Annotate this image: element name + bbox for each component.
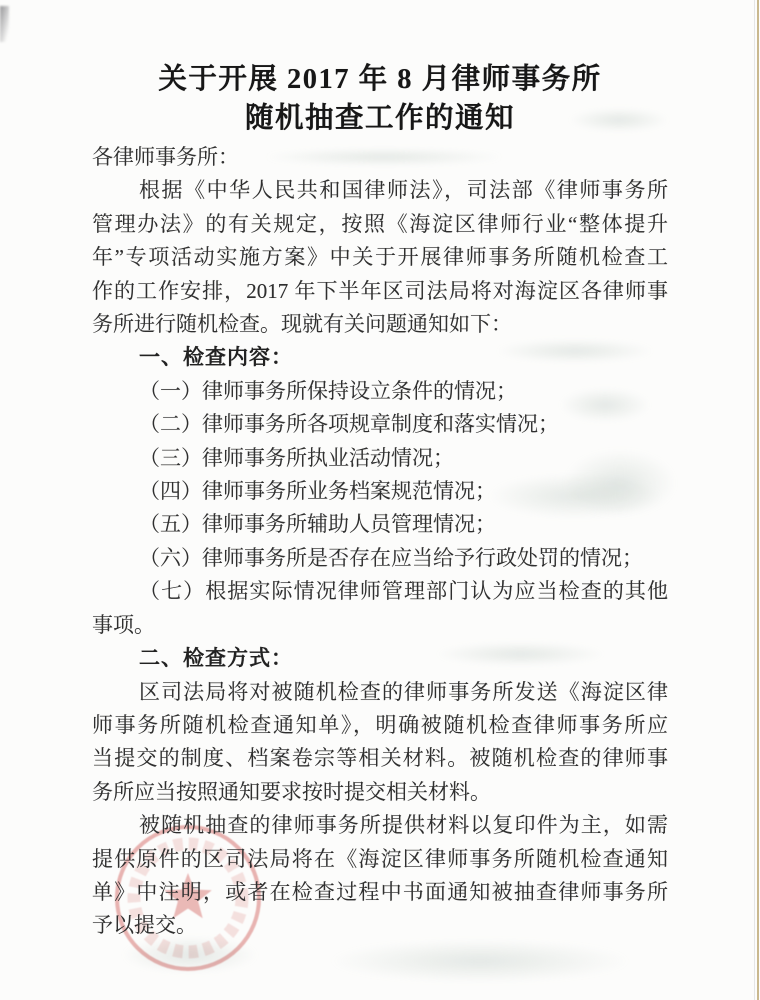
text-line: 事项。 xyxy=(92,609,668,642)
text-line: 务所应当按照通知要求按时提交相关材料。 xyxy=(92,776,668,809)
text-line: 各律师事务所： xyxy=(92,141,668,174)
text-line: 提供原件的区司法局将在《海淀区律师事务所随机检查通知 xyxy=(92,843,668,876)
text-line: 年”专项活动实施方案》中关于开展律师事务所随机检查工 xyxy=(92,241,668,274)
text-line: 予以提交。 xyxy=(92,909,668,942)
text-line: 作的工作安排，2017 年下半年区司法局将对海淀区各律师事 xyxy=(92,275,668,308)
text-line: （七）根据实际情况律师管理部门认为应当检查的其他 xyxy=(92,575,668,608)
title-line-1: 关于开展 2017 年 8 月律师事务所 xyxy=(0,60,760,99)
text-line: （五）律师事务所辅助人员管理情况； xyxy=(92,508,668,541)
text-line: 区司法局将对被随机检查的律师事务所发送《海淀区律 xyxy=(92,676,668,709)
scan-edge-line xyxy=(757,0,759,1000)
text-line: 二、检查方式： xyxy=(92,642,668,675)
text-line: 一、检查内容： xyxy=(92,341,668,374)
text-line: 务所进行随机检查。现就有关问题通知如下： xyxy=(92,308,668,341)
text-line: （一）律师事务所保持设立条件的情况； xyxy=(92,375,668,408)
text-line: （二）律师事务所各项规章制度和落实情况； xyxy=(92,408,668,441)
document-body: 各律师事务所：根据《中华人民共和国律师法》，司法部《律师事务所管理办法》的有关规… xyxy=(92,141,668,943)
bleedthrough-mark xyxy=(553,104,685,136)
text-line: （四）律师事务所业务档案规范情况； xyxy=(92,475,668,508)
scan-edge-line-gray xyxy=(754,0,755,1000)
text-line: （三）律师事务所执业活动情况； xyxy=(92,442,668,475)
text-line: 管理办法》的有关规定，按照《海淀区律师行业“整体提升 xyxy=(92,208,668,241)
text-line: 师事务所随机检查通知单》，明确被随机检查律师事务所应 xyxy=(92,709,668,742)
document-page: 关于开展 2017 年 8 月律师事务所 随机抽查工作的通知 各律师事务所：根据… xyxy=(0,0,760,1000)
scan-smudge xyxy=(0,6,9,42)
text-line: 当提交的制度、档案卷宗等相关材料。被随机检查的律师事 xyxy=(92,742,668,775)
text-line: 被随机抽查的律师事务所提供材料以复印件为主，如需 xyxy=(92,809,668,842)
text-line: 根据《中华人民共和国律师法》，司法部《律师事务所 xyxy=(92,174,668,207)
text-line: 单》中注明，或者在检查过程中书面通知被抽查律师事务所 xyxy=(92,876,668,909)
text-line: （六）律师事务所是否存在应当给予行政处罚的情况； xyxy=(92,542,668,575)
